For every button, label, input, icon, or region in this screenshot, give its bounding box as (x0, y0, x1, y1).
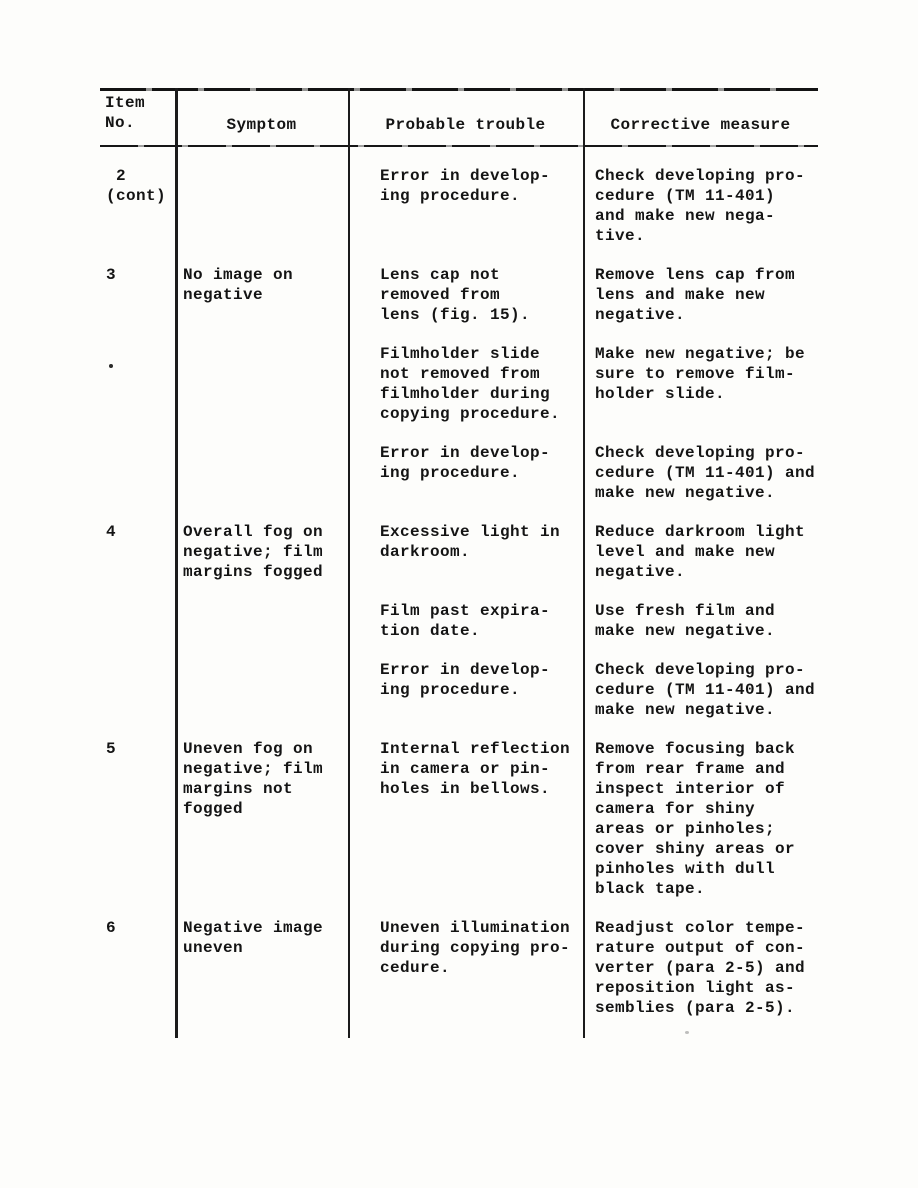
scan-speck (109, 364, 113, 368)
probable-trouble-cell: Uneven illumination during copying pro- … (348, 918, 583, 1018)
table-row: 3 No image on negative Lens cap not remo… (100, 265, 818, 325)
item-no-cell (100, 660, 175, 720)
probable-trouble-cell: Error in develop- ing procedure. (348, 443, 583, 503)
corrective-measure-cell: Remove focusing back from rear frame and… (583, 739, 818, 899)
item-no-cell (100, 443, 175, 503)
symptom-cell (175, 166, 348, 246)
probable-trouble-cell: Excessive light in darkroom. (348, 522, 583, 582)
symptom-cell (175, 443, 348, 503)
corrective-measure-cell: Readjust color tempe- rature output of c… (583, 918, 818, 1018)
table-row: 2 (cont) Error in develop- ing procedure… (100, 166, 818, 246)
header-symptom: Symptom (175, 91, 348, 145)
corrective-measure-cell: Check developing pro- cedure (TM 11-401)… (583, 443, 818, 503)
table-row: 4 Overall fog on negative; film margins … (100, 522, 818, 582)
corrective-measure-cell: Check developing pro- cedure (TM 11-401)… (583, 166, 818, 246)
probable-trouble-cell: Error in develop- ing procedure. (348, 166, 583, 246)
table-row: Error in develop- ing procedure. Check d… (100, 660, 818, 720)
scan-speck (685, 1031, 689, 1034)
table-row: 6 Negative image uneven Uneven illuminat… (100, 918, 818, 1018)
symptom-cell: No image on negative (175, 265, 348, 325)
header-probable-trouble: Probable trouble (348, 91, 583, 145)
probable-trouble-cell: Lens cap not removed from lens (fig. 15)… (348, 265, 583, 325)
item-no-cell (100, 601, 175, 641)
symptom-cell (175, 344, 348, 424)
corrective-measure-cell: Reduce darkroom light level and make new… (583, 522, 818, 582)
table-body: 2 (cont) Error in develop- ing procedure… (100, 147, 818, 1018)
item-no-cell: 4 (100, 522, 175, 582)
item-no-cell: 5 (100, 739, 175, 899)
header-corrective-measure: Corrective measure (583, 91, 818, 145)
corrective-measure-cell: Remove lens cap from lens and make new n… (583, 265, 818, 325)
corrective-measure-cell: Check developing pro- cedure (TM 11-401)… (583, 660, 818, 720)
table-header-row: Item No. Symptom Probable trouble Correc… (100, 91, 818, 145)
scanned-document-page: Item No. Symptom Probable trouble Correc… (0, 0, 918, 1188)
table-row: 5 Uneven fog on negative; film margins n… (100, 739, 818, 899)
probable-trouble-cell: Film past expira- tion date. (348, 601, 583, 641)
item-no-cell: 6 (100, 918, 175, 1018)
table-row: Filmholder slide not removed from filmho… (100, 344, 818, 424)
table-row: Film past expira- tion date. Use fresh f… (100, 601, 818, 641)
probable-trouble-cell: Internal reflection in camera or pin- ho… (348, 739, 583, 899)
symptom-cell (175, 660, 348, 720)
probable-trouble-cell: Error in develop- ing procedure. (348, 660, 583, 720)
item-no-cell (100, 344, 175, 424)
symptom-cell (175, 601, 348, 641)
symptom-cell: Negative image uneven (175, 918, 348, 1018)
symptom-cell: Uneven fog on negative; film margins not… (175, 739, 348, 899)
probable-trouble-cell: Filmholder slide not removed from filmho… (348, 344, 583, 424)
item-no-cell: 3 (100, 265, 175, 325)
table-row: Error in develop- ing procedure. Check d… (100, 443, 818, 503)
corrective-measure-cell: Make new negative; be sure to remove fil… (583, 344, 818, 424)
header-item-no: Item No. (100, 91, 175, 145)
troubleshooting-table: Item No. Symptom Probable trouble Correc… (100, 88, 818, 1038)
symptom-cell: Overall fog on negative; film margins fo… (175, 522, 348, 582)
item-no-cell: 2 (cont) (100, 166, 175, 246)
corrective-measure-cell: Use fresh film and make new negative. (583, 601, 818, 641)
